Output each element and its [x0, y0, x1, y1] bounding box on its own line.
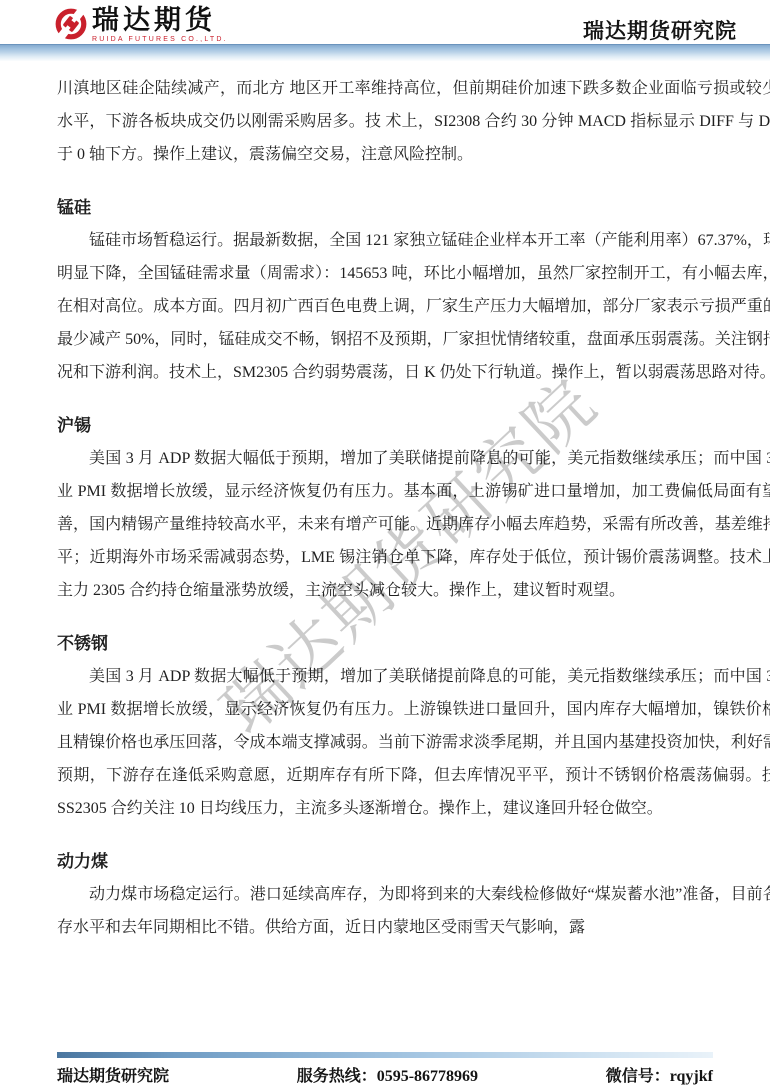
footer-org: 瑞达期货研究院 — [57, 1063, 169, 1086]
section-paragraph-manganese-silicon: 锰硅市场暂稳运行。据最新数据，全国 121 家独立锰硅企业样本开工率（产能利用率… — [57, 224, 770, 389]
header-title: 瑞达期货研究院 — [583, 15, 737, 45]
footer-hotline: 服务热线：0595-86778969 — [297, 1063, 478, 1086]
logo-text-block: 瑞达期货 RUIDA FUTURES CO.,LTD. — [92, 6, 228, 43]
footer-wechat-label: 微信号： — [606, 1068, 670, 1085]
section-paragraph-tin: 美国 3 月 ADP 数据大幅低于预期，增加了美联储提前降息的可能，美元指数继续… — [57, 442, 770, 607]
footer-divider-bar — [57, 1052, 713, 1058]
footer-hotline-label: 服务热线： — [297, 1068, 377, 1085]
footer-hotline-number: 0595-86778969 — [377, 1068, 478, 1085]
footer-wechat-id: rqyjkf — [670, 1068, 713, 1085]
brand-name-cn: 瑞达期货 — [92, 6, 228, 35]
section-heading-thermal-coal: 动力煤 — [57, 845, 770, 878]
footer-wechat: 微信号：rqyjkf — [606, 1063, 713, 1086]
brand-name-en: RUIDA FUTURES CO.,LTD. — [92, 36, 228, 43]
page-footer: 瑞达期货研究院 服务热线：0595-86778969 微信号：rqyjkf — [57, 1063, 713, 1086]
section-paragraph-thermal-coal: 动力煤市场稳定运行。港口延续高库存，为即将到来的大秦线检修做好“煤炭蓄水池”准备… — [57, 878, 770, 944]
page-header: 瑞达期货 RUIDA FUTURES CO.,LTD. 瑞达期货研究院 — [0, 0, 770, 60]
section-heading-stainless-steel: 不锈钢 — [57, 627, 770, 660]
intro-paragraph: 川滇地区硅企陆续减产，而北方 地区开工率维持高位，但前期硅价加速下跌多数企业面临… — [57, 72, 770, 171]
company-logo: 瑞达期货 RUIDA FUTURES CO.,LTD. — [55, 6, 228, 43]
section-heading-manganese-silicon: 锰硅 — [57, 191, 770, 224]
header-divider-bar — [0, 44, 770, 61]
report-page: 瑞达期货 RUIDA FUTURES CO.,LTD. 瑞达期货研究院 瑞达期货… — [0, 0, 770, 1090]
ruida-logo-icon — [55, 8, 87, 40]
report-body: 川滇地区硅企陆续减产，而北方 地区开工率维持高位，但前期硅价加速下跌多数企业面临… — [0, 60, 770, 944]
section-heading-tin: 沪锡 — [57, 409, 770, 442]
section-paragraph-stainless-steel: 美国 3 月 ADP 数据大幅低于预期，增加了美联储提前降息的可能，美元指数继续… — [57, 660, 770, 825]
